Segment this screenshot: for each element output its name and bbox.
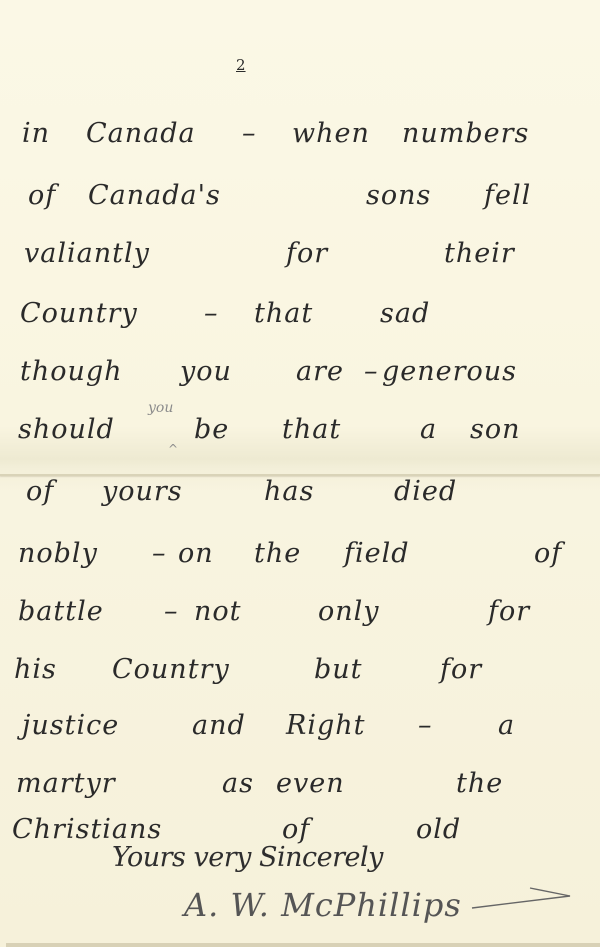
word: field — [344, 538, 410, 569]
word: sad — [380, 298, 430, 329]
word: the — [456, 768, 503, 799]
word: and — [192, 710, 246, 741]
word: Right — [286, 710, 366, 741]
insertion-caret: ^ — [168, 442, 178, 456]
word: Country — [20, 298, 138, 329]
word: for — [488, 596, 530, 627]
word: though — [20, 356, 123, 387]
word: yours — [102, 476, 183, 507]
signature-flourish-icon — [470, 886, 580, 916]
word: martyr — [16, 768, 116, 799]
word: be — [194, 414, 229, 445]
word: not — [194, 596, 242, 627]
word: has — [264, 476, 314, 507]
word: valiantly — [24, 238, 150, 269]
word: justice — [22, 710, 119, 741]
word: Canada's — [88, 180, 221, 211]
word: only — [318, 596, 380, 627]
word: of — [282, 814, 310, 845]
word: – — [242, 118, 257, 149]
word: in — [22, 118, 50, 149]
word: for — [286, 238, 328, 269]
word: a — [498, 710, 515, 741]
word: battle — [18, 596, 104, 627]
word: – — [164, 596, 179, 627]
word: died — [394, 476, 457, 507]
word: the — [254, 538, 301, 569]
word: of — [534, 538, 562, 569]
word: numbers — [402, 118, 529, 149]
word: – — [152, 538, 167, 569]
word: Christians — [12, 814, 162, 845]
word: generous — [382, 356, 517, 387]
word: you — [180, 356, 232, 387]
word: son — [470, 414, 521, 445]
word: his — [14, 654, 57, 685]
word: even — [276, 768, 345, 799]
word: should — [18, 414, 115, 445]
word: are — [296, 356, 344, 387]
word: a — [420, 414, 437, 445]
letter-page: 2 in Canada – when numbers of Canada's s… — [0, 0, 600, 947]
word: but — [314, 654, 363, 685]
word: Canada — [86, 118, 196, 149]
word: for — [440, 654, 482, 685]
page-number: 2 — [236, 56, 246, 74]
word: as — [222, 768, 254, 799]
word: – — [204, 298, 219, 329]
word: on — [178, 538, 214, 569]
word: nobly — [18, 538, 98, 569]
inserted-word: you — [148, 400, 173, 416]
word: their — [444, 238, 515, 269]
word: fell — [484, 180, 531, 211]
word: old — [416, 814, 461, 845]
paper-bottom-edge — [6, 943, 600, 947]
signature: A. W. McPhillips — [184, 886, 462, 924]
word: that — [282, 414, 341, 445]
letter-closing: Yours very Sincerely — [112, 842, 383, 873]
word: that — [254, 298, 313, 329]
word: – — [364, 356, 379, 387]
word: of — [28, 180, 56, 211]
word: Country — [112, 654, 230, 685]
word: – — [418, 710, 433, 741]
word: of — [26, 476, 54, 507]
word: sons — [366, 180, 431, 211]
word: when — [292, 118, 370, 149]
